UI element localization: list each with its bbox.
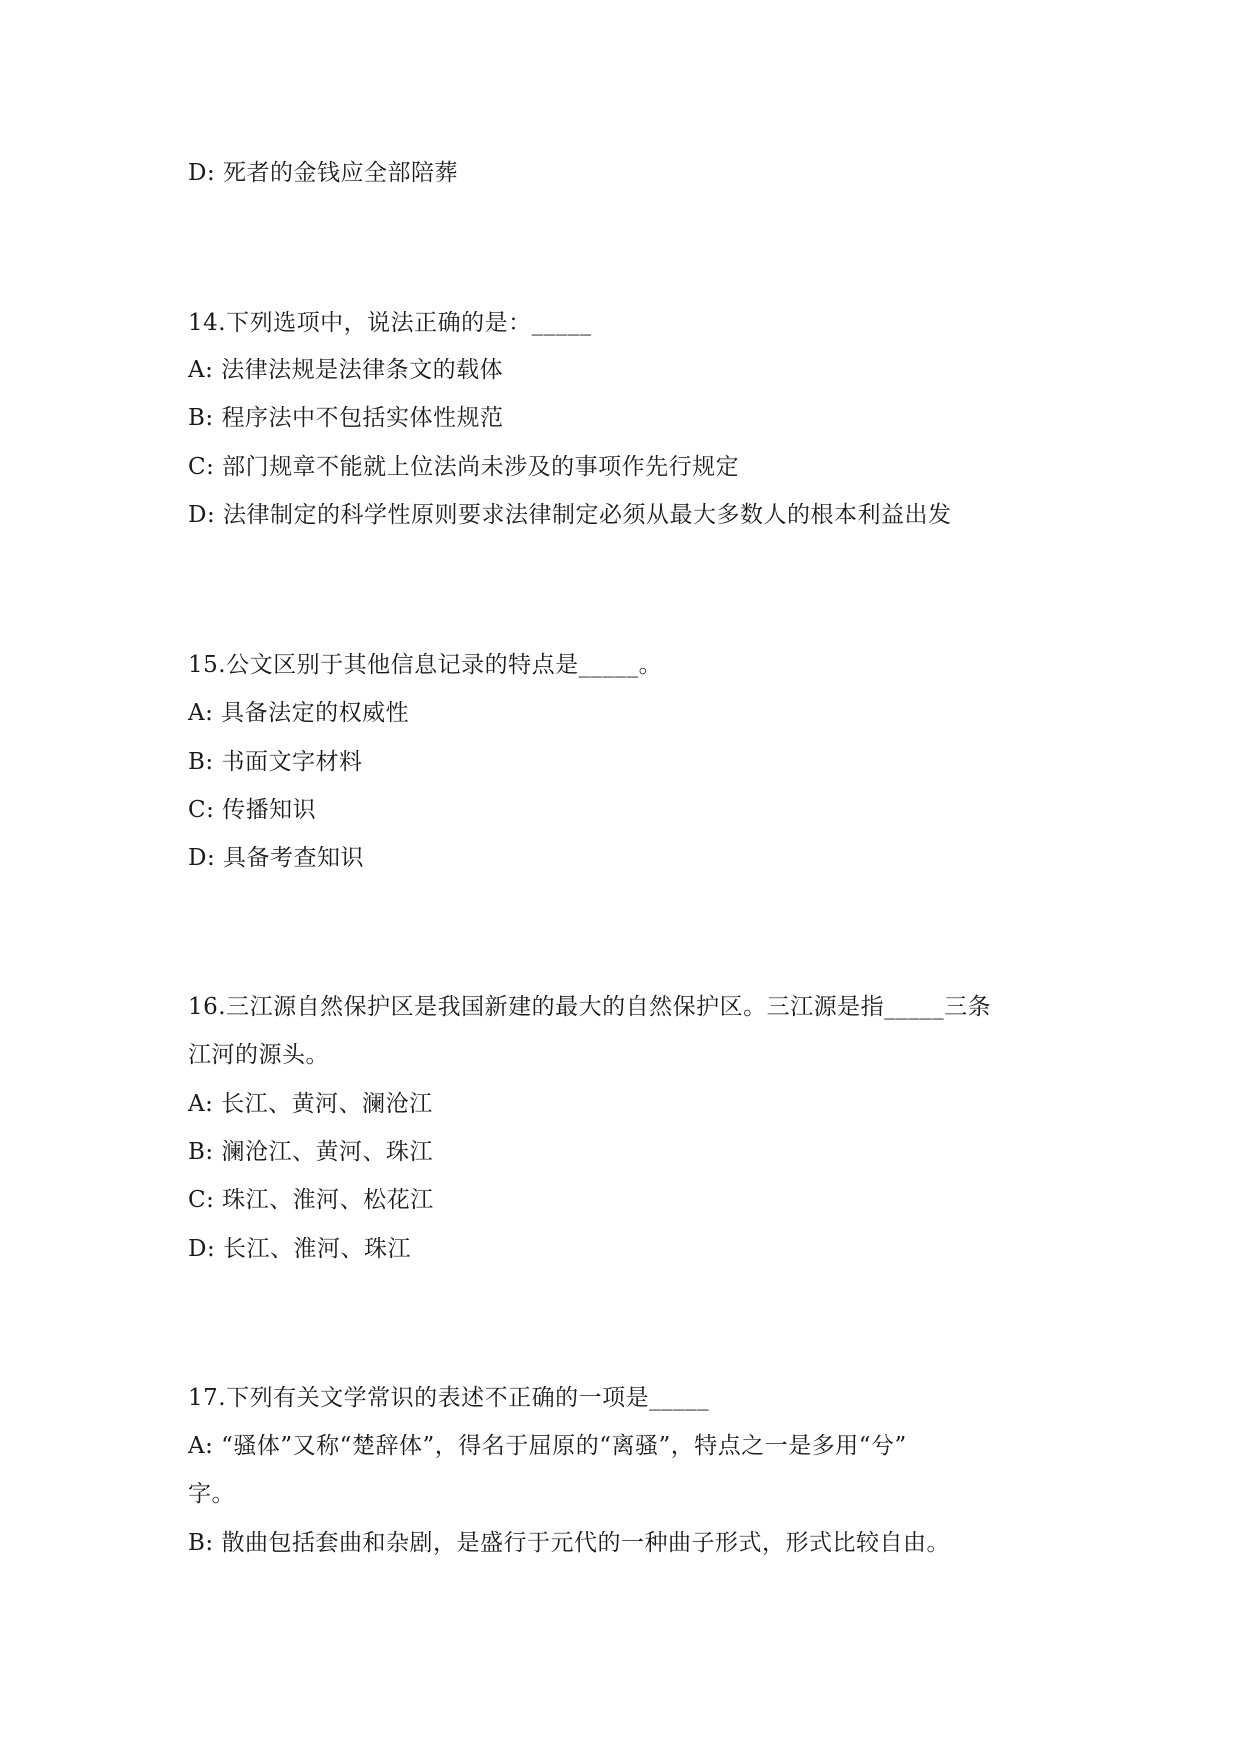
q17-option-b: B: 散曲包括套曲和杂剧，是盛行于元代的一种曲子形式，形式比较自由。 — [188, 1528, 950, 1558]
q16-option-b: B: 澜沧江、黄河、珠江 — [188, 1137, 433, 1167]
q15-option-c: C: 传播知识 — [188, 795, 316, 825]
q13-option-d: D: 死者的金钱应全部陪葬 — [188, 158, 458, 188]
q15-option-b: B: 书面文字材料 — [188, 747, 362, 777]
q15-option-d: D: 具备考查知识 — [188, 843, 364, 873]
q16-option-d: D: 长江、淮河、珠江 — [188, 1234, 411, 1264]
q17-option-a: A: “骚体”又称“楚辞体”，得名于屈原的“离骚”，特点之一是多用“兮” — [188, 1431, 907, 1461]
q16-option-a: A: 长江、黄河、澜沧江 — [188, 1089, 433, 1119]
q16-question-cont: 江河的源头。 — [188, 1040, 329, 1070]
q16-question: 16.三江源自然保护区是我国新建的最大的自然保护区。三江源是指_____三条 — [188, 992, 991, 1022]
q16-option-c: C: 珠江、淮河、松花江 — [188, 1185, 434, 1215]
q14-option-c: C: 部门规章不能就上位法尚未涉及的事项作先行规定 — [188, 452, 739, 482]
q15-option-a: A: 具备法定的权威性 — [188, 698, 409, 728]
q14-option-d: D: 法律制定的科学性原则要求法律制定必须从最大多数人的根本利益出发 — [188, 500, 952, 530]
document-page: D: 死者的金钱应全部陪葬 14.下列选项中，说法正确的是：_____ A: 法… — [0, 0, 1240, 1753]
q14-question: 14.下列选项中，说法正确的是：_____ — [188, 308, 592, 338]
q14-option-b: B: 程序法中不包括实体性规范 — [188, 403, 503, 433]
q17-question: 17.下列有关文学常识的表述不正确的一项是_____ — [188, 1383, 709, 1413]
q17-option-a-cont: 字。 — [188, 1479, 235, 1509]
q14-option-a: A: 法律法规是法律条文的载体 — [188, 355, 503, 385]
q15-question: 15.公文区别于其他信息记录的特点是_____。 — [188, 650, 662, 680]
